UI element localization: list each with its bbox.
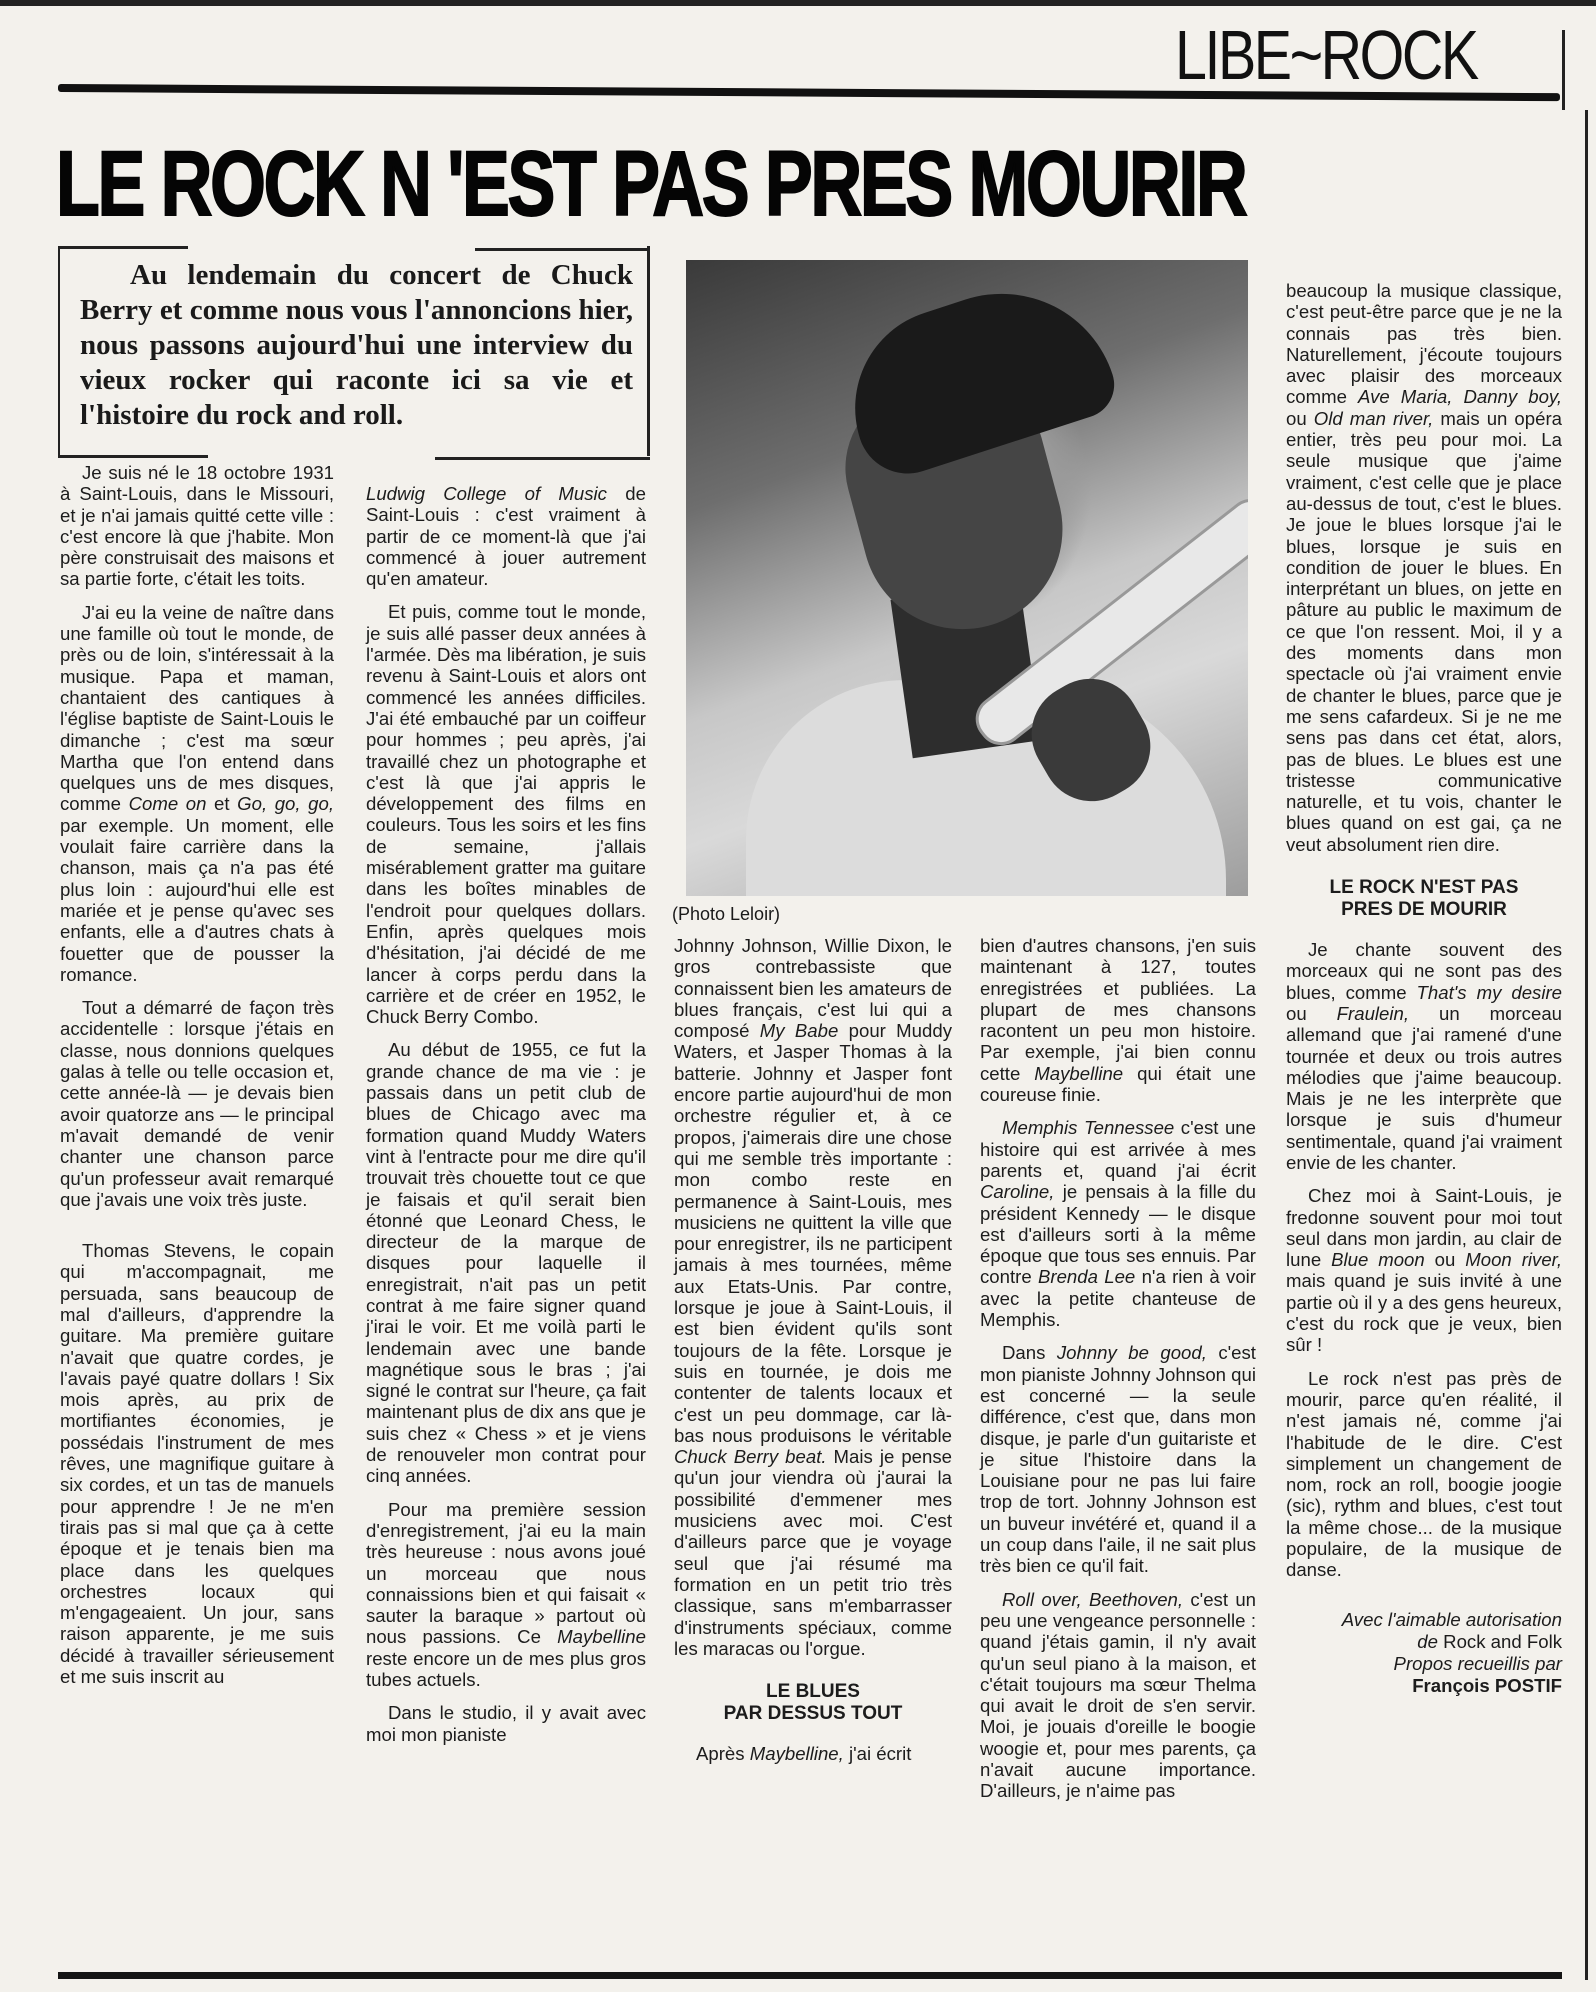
paragraph: bien d'autres chansons, j'en suis mainte… <box>980 935 1256 1105</box>
column-1: Je suis né le 18 octobre 1931 à Saint-Lo… <box>60 462 334 1699</box>
column-4: bien d'autres chansons, j'en suis mainte… <box>980 935 1256 1814</box>
paragraph: Tout a démarré de façon très accidentell… <box>60 997 334 1210</box>
paragraph: Dans le studio, il y avait avec moi mon … <box>366 1702 646 1745</box>
rubric-divider <box>1562 30 1565 110</box>
paragraph: Roll over, Beethoven, c'est un peu une v… <box>980 1589 1256 1802</box>
paragraph: Pour ma première session d'enregistremen… <box>366 1499 646 1691</box>
paragraph: Chez moi à Saint-Louis, je fredonne souv… <box>1286 1185 1562 1355</box>
top-rule <box>0 0 1596 6</box>
paragraph: Je chante souvent des morceaux qui ne so… <box>1286 939 1562 1173</box>
photo-caption: (Photo Leloir) <box>672 904 780 925</box>
page-edge-rule <box>1585 110 1588 1980</box>
paragraph: Après Maybelline, j'ai écrit <box>674 1743 952 1764</box>
subheading-le-blues: LE BLUES PAR DESSUS TOUT <box>674 1681 952 1725</box>
column-2: Ludwig College of Music de Saint-Louis :… <box>366 483 646 1757</box>
paragraph: Dans Johnny be good, c'est mon pianiste … <box>980 1342 1256 1576</box>
section-rubric: LIBE~ROCK <box>1175 20 1477 90</box>
photo-hair-shape <box>829 263 1123 486</box>
author-name: François POSTIF <box>1286 1675 1562 1697</box>
paragraph: Je suis né le 18 octobre 1931 à Saint-Lo… <box>60 462 334 590</box>
article-lead: Au lendemain du concert de Chuck Berry e… <box>58 246 650 456</box>
photo-chuck-berry <box>686 260 1248 896</box>
chapo-border <box>58 455 208 458</box>
paragraph: Et puis, comme tout le monde, je suis al… <box>366 601 646 1027</box>
column-3: Johnny Johnson, Willie Dixon, le gros co… <box>674 935 952 1776</box>
paragraph: J'ai eu la veine de naître dans une fami… <box>60 602 334 985</box>
paragraph: Au début de 1955, ce fut la grande chanc… <box>366 1039 646 1486</box>
paragraph: Le rock n'est pas près de mourir, parce … <box>1286 1368 1562 1581</box>
subheading-le-rock: LE ROCK N'EST PAS PRES DE MOURIR <box>1286 877 1562 921</box>
paragraph: Ludwig College of Music de Saint-Louis :… <box>366 483 646 589</box>
paragraph: Memphis Tennessee c'est une histoire qui… <box>980 1117 1256 1330</box>
paragraph: beaucoup la musique classique, c'est peu… <box>1286 280 1562 855</box>
paragraph: Thomas Stevens, le copain qui m'accompag… <box>60 1240 334 1687</box>
article-credit: Avec l'aimable autorisation de Rock and … <box>1286 1609 1562 1697</box>
chapo-border <box>435 457 650 460</box>
bottom-rule <box>58 1972 1562 1979</box>
column-5: beaucoup la musique classique, c'est peu… <box>1286 280 1562 1697</box>
paragraph: Johnny Johnson, Willie Dixon, le gros co… <box>674 935 952 1659</box>
article-headline: LE ROCK N 'EST PAS PRES MOURIR <box>56 138 1246 230</box>
